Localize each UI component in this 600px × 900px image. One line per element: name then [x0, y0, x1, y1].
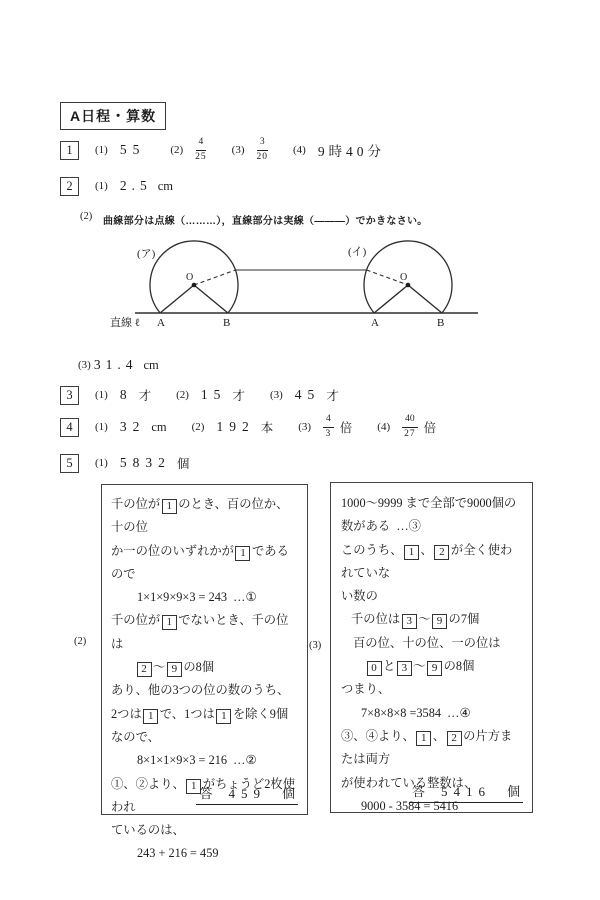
solution-line: か一の位のいずれかが1であるので	[111, 540, 299, 587]
solution-line: ているのは、	[111, 819, 299, 842]
answer-unit: 才	[326, 386, 339, 404]
question-3-row: 3 (1) 8 才 (2) 15 才 (3) 45 才	[60, 381, 364, 409]
subpart-label: (2)	[80, 211, 92, 222]
solution-box-2: 千の位が1のとき、百の位か、十の位か一の位のいずれかが1であるので1×1×9×9…	[101, 484, 308, 815]
boxed-digit: 2	[447, 731, 462, 746]
line-l-label: 直線 ℓ	[110, 315, 140, 329]
answer-part: (2) 192 本	[192, 418, 274, 436]
answer-part: (3) 45 才	[270, 386, 339, 404]
boxed-digit: 2	[137, 662, 152, 677]
question-number: 3	[60, 386, 79, 405]
boxed-digit: 2	[434, 545, 449, 560]
boxed-digit: 1	[416, 731, 431, 746]
answer-part: (2) 4 25	[170, 137, 206, 164]
boxed-digit: 1	[162, 499, 177, 514]
solution-line: 1000～9999 まで全部で9000個の	[341, 492, 524, 515]
boxed-digit: 9	[427, 661, 442, 676]
fraction-denominator: 3	[326, 428, 332, 441]
solution-line: 8×1×1×9×3 = 216 …②	[111, 749, 299, 772]
exam-answer-sheet: A日程・算数 1 (1) 55 (2) 4 25 (3) 3 20 (4) 9時…	[0, 0, 600, 900]
solution-line: 数がある …③	[341, 515, 524, 538]
circle-a-center-dot	[192, 283, 197, 288]
boxed-digit: 1	[235, 546, 250, 561]
solution-line: 2つは1で、1つは1を除く9個	[111, 703, 299, 726]
fraction-numerator: 4	[323, 414, 334, 428]
solution-line: 243 + 216 = 459	[111, 842, 299, 865]
answer-value: 15	[201, 387, 227, 403]
answer-unit: 個	[177, 454, 190, 472]
solution-text: 千の位が1のとき、百の位か、十の位か一の位のいずれかが1であるので1×1×9×9…	[111, 493, 299, 866]
answer-line: 答 5416 個	[409, 781, 523, 803]
answer-unit: 倍	[424, 418, 437, 436]
answer-part: (1) 5832 個	[95, 454, 189, 472]
figure-b-label: (イ)	[348, 245, 367, 258]
solution-box-3: 1000～9999 まで全部で9000個の数がある …③このうち、1、2が全く使…	[330, 482, 533, 813]
answer-value: 459	[228, 786, 266, 802]
question-number: 5	[60, 454, 79, 473]
fraction-numerator: 4	[196, 137, 207, 151]
answer-unit: 才	[139, 386, 152, 404]
answer-value: 5832	[120, 455, 171, 471]
solution-text: 1000～9999 まで全部で9000個の数がある …③このうち、1、2が全く使…	[341, 492, 524, 818]
answer-unit: 本	[261, 418, 274, 436]
answer-value: 2.5	[120, 178, 152, 194]
subpart-label: (2)	[74, 636, 86, 647]
answer-part: (1) 8 才	[95, 386, 151, 404]
rolling-circle-diagram: (ア) (イ) O O 直線 ℓ A B A B	[60, 235, 500, 331]
answer-value: 55	[120, 142, 146, 158]
point-a-label: A	[157, 317, 165, 329]
boxed-digit: 3	[397, 661, 412, 676]
circle-b-center-dot	[406, 283, 411, 288]
fraction-numerator: 40	[402, 414, 418, 428]
page-title: A日程・算数	[60, 102, 166, 130]
fraction: 40 27	[402, 414, 418, 441]
figure-a-label: (ア)	[137, 248, 156, 260]
answer-part: (4) 40 27 倍	[377, 414, 436, 441]
answer-unit: cm	[158, 179, 173, 194]
solution-line: い数の	[341, 585, 524, 608]
answer-label: 答	[412, 781, 425, 800]
answer-part: (1) 2.5 cm	[95, 178, 173, 194]
center-o-label: O	[400, 272, 407, 283]
solution-line: 千の位が1のとき、百の位か、十の位	[111, 493, 299, 540]
answer-part: (3) 4 3 倍	[298, 414, 352, 441]
solution-line: このうち、1、2が全く使われていな	[341, 539, 524, 586]
solution-line: 千の位は3～9の7個	[341, 608, 524, 631]
boxed-digit: 1	[404, 545, 419, 560]
answer-part: (1) 55	[95, 142, 145, 158]
answer-unit: 個	[507, 781, 520, 800]
boxed-digit: 1	[162, 615, 177, 630]
answer-unit: 倍	[340, 418, 353, 436]
question-5-row: 5 (1) 5832 個	[60, 449, 214, 477]
question-number: 1	[60, 141, 79, 160]
answer-value: 5416	[441, 784, 491, 800]
answer-part: (3) 3 20	[232, 137, 268, 164]
answer-part: (4) 9時40分	[293, 140, 385, 160]
drawing-instruction: 曲線部分は点線（………），直線部分は実線（———）でかきなさい。	[103, 212, 428, 227]
answer-label: 答	[199, 783, 212, 802]
boxed-digit: 0	[367, 661, 382, 676]
boxed-digit: 1	[143, 709, 158, 724]
question-1-row: 1 (1) 55 (2) 4 25 (3) 3 20 (4) 9時40分	[60, 136, 410, 164]
fraction: 3 20	[256, 137, 268, 164]
fraction: 4 3	[323, 414, 334, 441]
answer-value: 9時40分	[318, 140, 385, 160]
solution-line: つまり、	[341, 678, 524, 701]
boxed-digit: 9	[167, 662, 182, 677]
boxed-digit: 3	[402, 614, 417, 629]
solution-line: 2～9の8個	[111, 656, 299, 679]
fraction-denominator: 25	[195, 151, 207, 164]
fraction-numerator: 3	[257, 137, 268, 151]
circle-a-radii	[160, 285, 228, 313]
question-2-row: 2 (1) 2.5 cm	[60, 172, 198, 200]
answer-unit: 才	[232, 386, 245, 404]
answer-unit: 個	[282, 783, 295, 802]
question-number: 4	[60, 418, 79, 437]
solution-line: 千の位が1でないとき、千の位は	[111, 609, 299, 656]
circle-b-arc	[364, 241, 452, 313]
point-b-label: B	[223, 317, 230, 329]
subpart-label: (3)	[309, 640, 321, 651]
answer-value: 8	[120, 387, 127, 403]
answer-part: (1) 32 cm	[95, 419, 167, 435]
solution-line: 百の位、十の位、一の位は	[341, 632, 524, 655]
fraction-denominator: 27	[404, 428, 416, 441]
fraction-denominator: 20	[256, 151, 268, 164]
center-o-label: O	[186, 272, 193, 283]
answer-unit: cm	[143, 358, 158, 373]
point-b-label: B	[437, 317, 444, 329]
answer-part: (2) 15 才	[176, 386, 245, 404]
answer-value: 31.4	[94, 357, 138, 373]
solution-line: 0と3～9の8個	[341, 655, 524, 678]
question-4-row: 4 (1) 32 cm (2) 192 本 (3) 4 3 倍 (4) 40 2…	[60, 413, 461, 441]
circle-a-dashed-radius	[194, 270, 235, 285]
solution-line: ③、④より、1、2の片方または両方	[341, 725, 524, 772]
circle-a-arc	[150, 241, 238, 313]
boxed-digit: 1	[216, 709, 231, 724]
question-number: 2	[60, 177, 79, 196]
question-2-3-row: (3) 31.4 cm	[78, 351, 159, 379]
boxed-digit: 9	[432, 614, 447, 629]
answer-value: 192	[216, 419, 254, 435]
answer-line: 答 459 個	[196, 783, 298, 805]
answer-unit: cm	[151, 420, 166, 435]
circle-b-radii	[374, 285, 442, 313]
solution-line: 7×8×8×8 =3584 …④	[341, 702, 524, 725]
answer-value: 45	[295, 387, 321, 403]
point-a-label: A	[371, 317, 379, 329]
fraction: 4 25	[195, 137, 207, 164]
solution-line: 1×1×9×9×3 = 243 …①	[111, 586, 299, 609]
solution-line: なので、	[111, 726, 299, 749]
answer-value: 32	[120, 419, 146, 435]
solution-line: あり、他の3つの位の数のうち、	[111, 679, 299, 702]
